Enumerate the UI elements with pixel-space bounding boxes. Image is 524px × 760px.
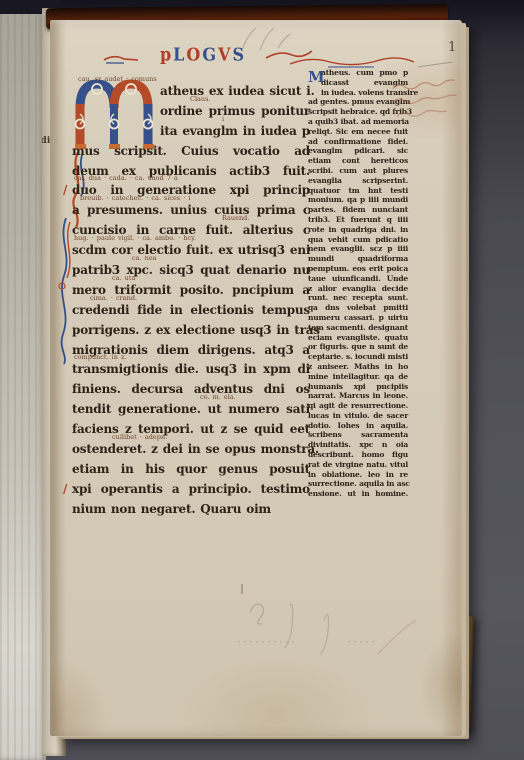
interlinear-gloss: i <box>222 116 224 123</box>
gloss-text-line: in oblatione. leo in re <box>308 470 408 480</box>
interlinear-gloss: cuilibet · adepn. <box>112 434 167 441</box>
red-paraph-mark: / <box>63 181 67 201</box>
interlinear-gloss: cau. sr audet · comuns <box>78 76 157 83</box>
gloss-text-line: tem sacmenti. designant <box>308 323 408 333</box>
book-cover-board <box>0 4 46 760</box>
gloss-text-line: atheus. cum pmo p <box>308 68 408 78</box>
gloss-text-line: surrectione. aquila in asc <box>308 479 408 489</box>
gloss-text-column: M atheus. cum pmo pdicasst evanglmin iud… <box>308 68 408 499</box>
gloss-text-line: z aniseer. Maths in ho <box>308 362 408 372</box>
main-text: faciens z tempori. ut z se quid eet <box>72 420 310 440</box>
gloss-text-line: partes. fidem nunciant <box>308 205 408 215</box>
main-text: mus scripsit. Cuius vocatio ad <box>72 142 310 162</box>
manuscript-photo: dialc7neorp pLOGVS 1 <box>0 0 524 760</box>
main-text-line: breuib. · catechec. · ca. sices · ia pre… <box>72 201 310 221</box>
gloss-text-line: ceptarie. s. iocundi misti <box>308 352 408 362</box>
main-text-line: etiam in his quor genus posuit <box>72 460 310 480</box>
main-text: scdm cor electio fuit. ex utrisq3 eni <box>72 241 310 261</box>
main-text-line: cuilibet · adepn.ostenderet. z dei in se… <box>72 440 310 460</box>
gloss-text-line: runt. nec recepta sunt. <box>308 293 408 303</box>
gloss-text-line: trib3. Et fuerunt q iiii <box>308 215 408 225</box>
gloss-text-line: or figuris. que n sunt de <box>308 342 408 352</box>
gloss-text-line: monium. qa p iiii mundi <box>308 195 408 205</box>
gloss-text-line: eciam evangliste. quatu <box>308 333 408 343</box>
gloss-text-line: scribens sacramenta <box>308 430 408 440</box>
gloss-text-line: numeru cassari. p uirtu <box>308 313 408 323</box>
main-text: transmigtionis die. usq3 in xpm di <box>72 360 310 380</box>
interlinear-gloss: breuib. · catechec. · ca. sices · i <box>80 195 191 202</box>
gloss-text-line: evanglm pdicari. sic <box>308 146 408 156</box>
gloss-text-line: qi agit de resurrectione. <box>308 401 408 411</box>
main-text: ita evanglm in iudea p <box>72 122 310 142</box>
main-text-line: compunct. in z.transmigtionis die. usq3 … <box>72 360 310 380</box>
gloss-text-line: ad confirmatione fidei. <box>308 137 408 147</box>
main-text-lines: cau. sr audet · comunsatheus ex iudea si… <box>72 82 310 520</box>
gloss-text-line: lucas in vitulo. de sacer <box>308 411 408 421</box>
faint-red-inscription <box>388 75 475 131</box>
main-text-line: iita evanglm in iudea p <box>72 122 310 142</box>
main-text: ordine primus ponitur <box>72 102 310 122</box>
main-text-line: nium non negaret. Quaru oim <box>72 500 310 520</box>
pencil-scribbles <box>228 576 418 656</box>
gloss-text-line: rat de virgine natu. vitul <box>308 460 408 470</box>
main-text-line: porrigens. z ex electione usq3 in tras <box>72 321 310 341</box>
gloss-text-line: dotio. Iohes in aquila. <box>308 421 408 431</box>
gloss-text-line: mundi quadriforma <box>308 254 408 264</box>
interlinear-gloss: co. m. ela. <box>200 394 236 401</box>
main-text-line: /xpi operantis a principio. testimo <box>72 480 310 500</box>
gloss-text-line: etiam cont hereticos <box>308 156 408 166</box>
header-letter: V <box>218 44 232 65</box>
parchment-page: pLOGVS 1 <box>50 20 462 736</box>
gloss-text-line: mine intellagitur. qa de <box>308 372 408 382</box>
main-text: porrigens. z ex electione usq3 in tras <box>72 321 310 341</box>
interlinear-gloss: hug. · paule vigil. · ca. ambo. · hcy. <box>74 235 196 242</box>
main-text-line: Claus.ordine primus ponitur <box>72 102 310 122</box>
gloss-text-line: narrat. Marcus in leone. <box>308 391 408 401</box>
main-text: a presumens. unius cuius prima c <box>72 201 310 221</box>
interlinear-gloss: ca. nea <box>132 255 157 262</box>
main-text: tendit generatione. ut numero sati <box>72 400 310 420</box>
main-text: etiam in his quor genus posuit <box>72 460 310 480</box>
main-text-column: cau. sr audet · comunsatheus ex iudea si… <box>72 82 310 520</box>
main-text-line: ca. neapatrib3 xpc. sicq3 quat denario n… <box>72 261 310 281</box>
header-letter: p <box>160 44 173 65</box>
gloss-text-lines: atheus. cum pmo pdicasst evanglmin iudea… <box>308 68 408 499</box>
main-text: credendi fide in electionis tempus <box>72 301 310 321</box>
gloss-text-line: taue uiunficandi. Unde <box>308 274 408 284</box>
interlinear-gloss: cal. dua · cada. · ca. uaod 7 a <box>74 175 178 182</box>
gloss-initial-m: M <box>308 68 321 88</box>
main-text-line: mus scripsit. Cuius vocatio ad <box>72 142 310 162</box>
gloss-text-line: rote in quadriga dni. in <box>308 225 408 235</box>
interlinear-gloss: ca. uta <box>112 275 135 282</box>
gloss-text-line: humanis xpi pncipiis <box>308 382 408 392</box>
gloss-text-line: quatuor tm hnt testi <box>308 186 408 196</box>
faint-pencil-marks <box>234 24 294 54</box>
gloss-text-line: nem evanglii. scz p iiii <box>308 244 408 254</box>
main-text: xpi operantis a principio. testimo <box>72 480 310 500</box>
main-text-line: co. m. ela.tendit generatione. ut numero… <box>72 400 310 420</box>
gloss-text-line: describunt. homo figu <box>308 450 408 460</box>
interlinear-gloss: compunct. in z. <box>74 354 126 361</box>
main-text-line: cima. · crand.credendi fide in electioni… <box>72 301 310 321</box>
header-letter: O <box>186 44 202 65</box>
main-text-line: hug. · paule vigil. · ca. ambo. · hcy.sc… <box>72 241 310 261</box>
header-letter: L <box>173 44 186 65</box>
interlinear-gloss: cima. · crand. <box>90 295 137 302</box>
gloss-text-line: ensione. ut in homine. <box>308 489 408 499</box>
main-text: nium non negaret. Quaru oim <box>72 500 310 520</box>
main-text: ostenderet. z dei in se opus monstra. <box>72 440 310 460</box>
red-paraph-mark: / <box>63 480 67 500</box>
folio-number: 1 <box>448 40 456 55</box>
interlinear-gloss: Claus. <box>190 96 211 103</box>
gloss-text-line: evanglia scripserint. <box>308 176 408 186</box>
header-flourish-left <box>102 52 142 66</box>
gloss-text-line: z alior evanglia decide <box>308 284 408 294</box>
interlinear-gloss: Rauend. <box>222 215 249 222</box>
main-text-line: faciens z tempori. ut z se quid eet <box>72 420 310 440</box>
gloss-text-line: qua vehit cum pdicatio <box>308 235 408 245</box>
gloss-text-line: scribi. cum aut plures <box>308 166 408 176</box>
main-text: patrib3 xpc. sicq3 quat denario nu <box>72 261 310 281</box>
gloss-text-line: qa dns volebat pmitti <box>308 303 408 313</box>
main-text: finiens. decursa adventus dni os <box>72 380 310 400</box>
folio-underline <box>418 62 452 68</box>
main-text-line: finiens. decursa adventus dni os <box>72 380 310 400</box>
header-letter: G <box>202 44 218 65</box>
gloss-text-line: pemptum. eos erit poica <box>308 264 408 274</box>
gloss-text-line: divinitatis. xpc n oia <box>308 440 408 450</box>
